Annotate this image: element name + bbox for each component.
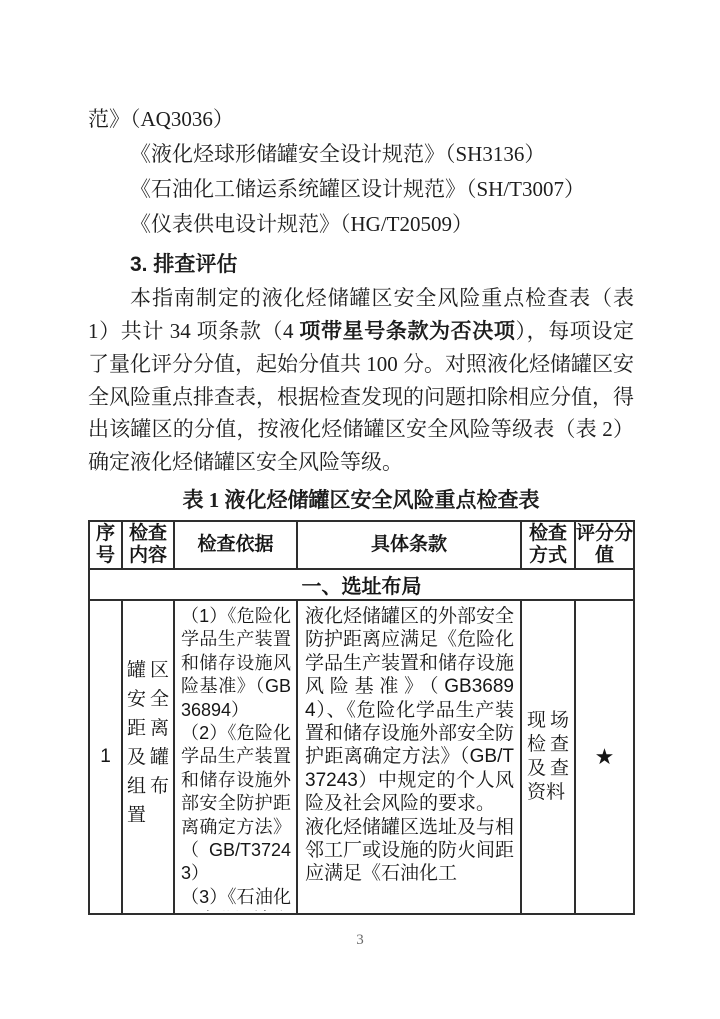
basis-item-3: （3）《石油化工企业设计防 xyxy=(181,886,291,911)
col-header-basis: 检查依据 xyxy=(174,521,297,569)
cell-specific-clause: 液化烃储罐区的外部安全防护距离应满足《危险化学品生产装置和储存设施风险基准》（G… xyxy=(297,600,521,914)
col-header-no: 序号 xyxy=(89,521,122,569)
cell-check-basis: （1）《危险化学品生产装置和储存设施风险基准》（GB36894） （2）《危险化… xyxy=(174,600,297,914)
basis-item-1: （1）《危险化学品生产装置和储存设施风险基准》（GB36894） xyxy=(181,605,291,722)
section-heading: 3. 排查评估 xyxy=(88,248,634,281)
col-header-score: 评分分值 xyxy=(575,521,634,569)
intro-paragraph-bold-seg: 项带星号条款为否决项 xyxy=(299,320,515,343)
col-header-content: 检查内容 xyxy=(122,521,174,569)
reference-line-3: 《石油化工储运系统罐区设计规范》（SH/T3007） xyxy=(88,172,634,207)
reference-line-4: 《仪表供电设计规范》（HG/T20509） xyxy=(88,207,634,242)
checklist-table: 序号 检查内容 检查依据 具体条款 检查方式 评分分值 一、选址布局 1 罐区安… xyxy=(88,520,635,915)
basis-item-2: （2）《危险化学品生产装置和储存设施外部安全防护距离确定方法》（GB/T3724… xyxy=(181,722,291,886)
check-content-text: 罐区安全距离及罐组布置 xyxy=(127,656,169,859)
clause-paragraph-1: 液化烃储罐区的外部安全防护距离应满足《危险化学品生产装置和储存设施风险基准》（G… xyxy=(305,605,514,816)
col-header-clause: 具体条款 xyxy=(297,521,521,569)
section-row-label: 一、选址布局 xyxy=(89,569,634,600)
page-content: 范》（AQ3036） 《液化烃球形储罐安全设计规范》（SH3136） 《石油化工… xyxy=(88,102,634,915)
reference-line-1: 范》（AQ3036） xyxy=(88,102,634,137)
specific-clause-text: 液化烃储罐区的外部安全防护距离应满足《危险化学品生产装置和储存设施风险基准》（G… xyxy=(298,601,520,911)
check-basis-text: （1）《危险化学品生产装置和储存设施风险基准》（GB36894） （2）《危险化… xyxy=(175,601,296,911)
cell-check-content: 罐区安全距离及罐组布置 xyxy=(122,600,174,914)
page-number: 3 xyxy=(0,932,720,949)
document-page: 范》（AQ3036） 《液化烃球形储罐安全设计规范》（SH3136） 《石油化工… xyxy=(0,0,720,1019)
table-row: 1 罐区安全距离及罐组布置 （1）《危险化学品生产装置和储存设施风险基准》（GB… xyxy=(89,600,634,914)
check-method-text: 现场检查及查资料 xyxy=(527,709,569,805)
reference-line-2: 《液化烃球形储罐安全设计规范》（SH3136） xyxy=(88,137,634,172)
clause-paragraph-2: 液化烃储罐区选址及与相邻工厂或设施的防火间距应满足《石油化工 xyxy=(305,816,514,886)
table-section-row: 一、选址布局 xyxy=(89,569,634,600)
intro-paragraph: 本指南制定的液化烃储罐区安全风险重点检查表（表 1）共计 34 项条款（4 项带… xyxy=(88,282,634,478)
cell-score-star: ★ xyxy=(575,600,634,914)
col-header-method: 检查方式 xyxy=(521,521,575,569)
cell-row-number: 1 xyxy=(89,600,122,914)
table-header-row: 序号 检查内容 检查依据 具体条款 检查方式 评分分值 xyxy=(89,521,634,569)
table-caption: 表 1 液化烃储罐区安全风险重点检查表 xyxy=(88,487,634,514)
cell-check-method: 现场检查及查资料 xyxy=(521,600,575,914)
